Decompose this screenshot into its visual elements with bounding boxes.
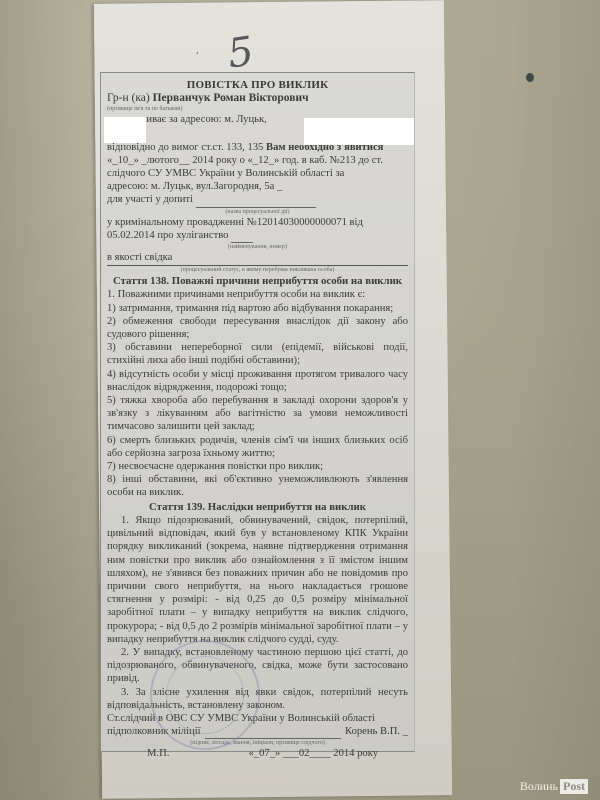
signature-position: Ст.слідчий в ОВС СУ УМВС України у Волин… xyxy=(107,712,408,725)
seal-date-row: М.П. «_07_» ___02____ 2014 року xyxy=(107,747,408,760)
person-line: Гр-н (ка) Перванчук Роман Вікторович xyxy=(107,92,408,105)
signature-caption: (підпис, посада, звання, ініціали, прізв… xyxy=(107,739,408,747)
status-caption: (процесуальний статус, в якому перебуває… xyxy=(107,266,408,274)
person-prefix: Гр-н (ка) xyxy=(107,92,150,104)
watermark-brand-left: Волинь xyxy=(520,779,558,794)
date-line: «_10_» _лютого__ 2014 року о «_12_» год.… xyxy=(107,154,408,167)
article-138-heading: Стаття 138. Поважні причини неприбуття о… xyxy=(107,275,408,288)
investigator-line: слідчого СУ УМВС України у Волинській об… xyxy=(107,167,408,180)
article-138-intro: 1. Поважними причинами неприбуття особи … xyxy=(107,288,408,301)
person-caption: (прізвище ім'я та по батькові) xyxy=(107,105,408,113)
participation-line: для участі у допиті xyxy=(107,193,408,207)
article-138-item: 8) інші обставини, які об'єктивно унемож… xyxy=(107,473,408,499)
signature-blank xyxy=(205,725,341,739)
wall-nail xyxy=(526,73,534,82)
redaction-box xyxy=(304,118,414,145)
article-138-item: 2) обмеження свободи пересування внаслід… xyxy=(107,315,408,341)
signature-rank: підполковник міліції xyxy=(107,725,201,739)
proceeding-date-line: 05.02.2014 про хуліганство xyxy=(107,229,408,243)
article-138-item: 5) тяжка хвороба або перебування в закла… xyxy=(107,394,408,434)
proceeding-line: у кримінальному провадженні №12014030000… xyxy=(107,216,408,229)
handwritten-tick: , xyxy=(196,44,199,56)
participation-text: для участі у допиті xyxy=(107,194,193,205)
proceeding-date: 05.02.2014 про хуліганство xyxy=(107,230,228,241)
summons-document: ПОВІСТКА ПРО ВИКЛИК Гр-н (ка) Перванчук … xyxy=(100,72,415,752)
article-139-paragraph: 1. Якщо підозрюваний, обвинувачений, сві… xyxy=(107,514,408,646)
proceeding-blank xyxy=(231,229,253,243)
case-caption: (найменування, номер) xyxy=(107,243,408,251)
participation-blank xyxy=(196,193,316,207)
location-line: адресою: м. Луцьк, вул.Загородня, 5а _ xyxy=(107,180,408,193)
article-139-paragraph: 2. У випадку, встановленому частиною пер… xyxy=(107,646,408,686)
watermark-brand-right: Post xyxy=(560,779,588,794)
redaction-box xyxy=(104,117,146,143)
document-title: ПОВІСТКА ПРО ВИКЛИК xyxy=(107,79,408,92)
signature-date: «_07_» ___02____ 2014 року xyxy=(249,747,378,760)
summons-intro: відповідно до вимог ст.ст. 133, 135 xyxy=(107,142,263,153)
article-138-item: 4) відсутність особи у місці проживання … xyxy=(107,368,408,394)
article-139-paragraph: 3. За злісне ухилення від явки свідок, п… xyxy=(107,686,408,712)
article-139-heading: Стаття 139. Наслідки неприбуття на викли… xyxy=(107,501,408,514)
seal-label: М.П. xyxy=(147,747,169,760)
article-138-item: 7) несвоєчасне одержання повістки про ви… xyxy=(107,460,408,473)
capacity-line: в якості свідка xyxy=(107,251,408,264)
procedural-caption: (назва процесуальної дії) xyxy=(107,208,408,216)
signature-row: підполковник міліції Корень В.П. _ xyxy=(107,725,408,739)
article-138-item: 3) обставини непереборної сили (епідемії… xyxy=(107,341,408,367)
signer-name: Корень В.П. _ xyxy=(345,725,408,739)
person-name: Перванчук Роман Вікторович xyxy=(153,92,309,104)
watermark: Волинь Post xyxy=(520,779,588,794)
article-138-item: 6) смерть близьких родичів, членів сім'ї… xyxy=(107,434,408,460)
article-138-item: 1) затримання, тримання під вартою або в… xyxy=(107,302,408,315)
